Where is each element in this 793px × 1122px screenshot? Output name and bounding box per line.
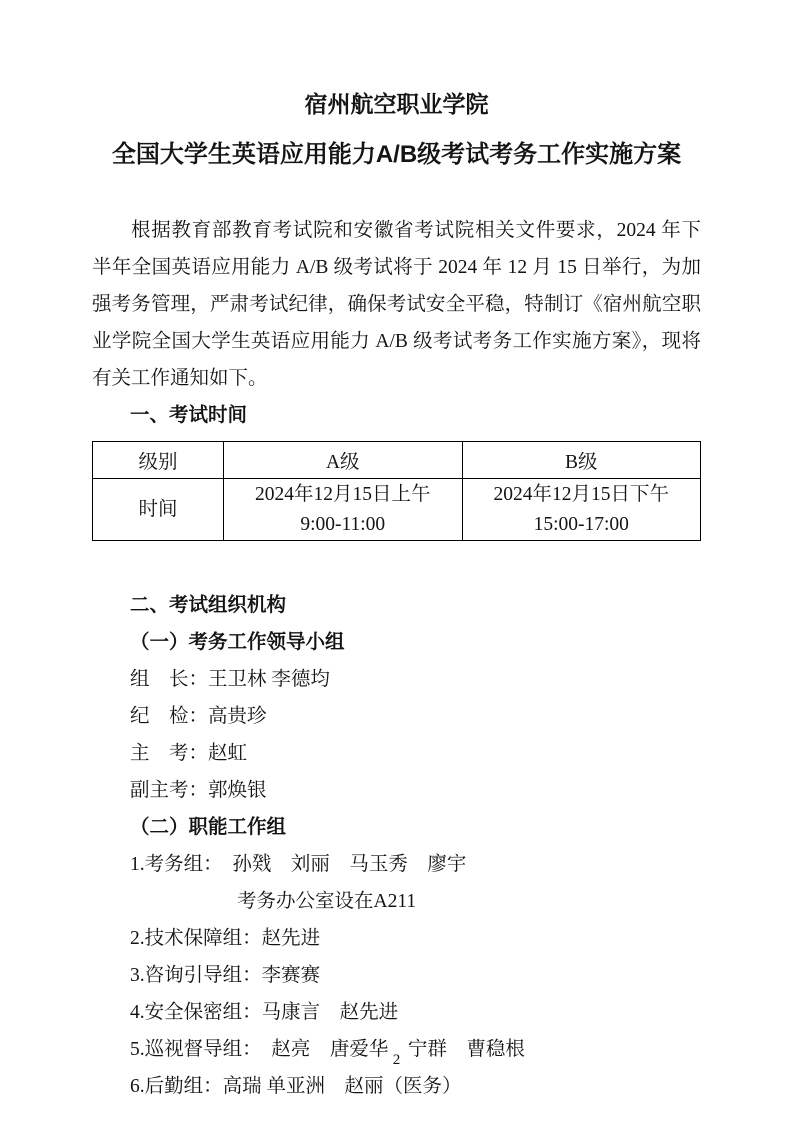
role-line-discipline: 纪 检：高贵珍	[92, 698, 701, 735]
organization-title: 宿州航空职业学院	[92, 88, 701, 120]
table-header-level: 级别	[93, 442, 224, 479]
functional-item-4: 4.安全保密组：马康言 赵先进	[92, 994, 701, 1031]
intro-paragraph: 根据教育部教育考试院和安徽省考试院相关文件要求，2024 年下半年全国英语应用能…	[92, 212, 701, 397]
document-page: 宿州航空职业学院 全国大学生英语应用能力A/B级考试考务工作实施方案 根据教育部…	[0, 0, 793, 1122]
functional-item-6: 6.后勤组：高瑞 单亚洲 赵丽（医务）	[92, 1068, 701, 1105]
table-cell-b-level-time: 2024年12月15日下午 15:00-17:00	[462, 479, 701, 541]
spacer	[92, 541, 701, 587]
document-content: 宿州航空职业学院 全国大学生英语应用能力A/B级考试考务工作实施方案 根据教育部…	[0, 0, 793, 1105]
functional-group-heading: （二）职能工作组	[92, 809, 701, 846]
leading-group-heading: （一）考务工作领导小组	[92, 624, 701, 661]
b-level-hours: 15:00-17:00	[463, 510, 701, 540]
functional-item-1-note: 考务办公室设在A211	[92, 883, 701, 920]
functional-item-3: 3.咨询引导组：李赛赛	[92, 957, 701, 994]
table-header-b-level: B级	[462, 442, 701, 479]
functional-item-1: 1.考务组： 孙戣 刘丽 马玉秀 廖宇	[92, 846, 701, 883]
section1-heading: 一、考试时间	[92, 397, 701, 434]
b-level-date: 2024年12月15日下午	[463, 480, 701, 510]
role-line-leader: 组 长：王卫林 李德均	[92, 661, 701, 698]
table-cell-a-level-time: 2024年12月15日上午 9:00-11:00	[224, 479, 463, 541]
section2-heading: 二、考试组织机构	[92, 587, 701, 624]
role-line-deputy-examiner: 副主考：郭焕银	[92, 772, 701, 809]
table-time-row: 时间 2024年12月15日上午 9:00-11:00 2024年12月15日下…	[93, 479, 701, 541]
functional-item-2: 2.技术保障组：赵先进	[92, 920, 701, 957]
page-number: 2	[0, 1052, 793, 1069]
exam-time-table: 级别 A级 B级 时间 2024年12月15日上午 9:00-11:00 202…	[92, 441, 701, 541]
a-level-hours: 9:00-11:00	[224, 510, 462, 540]
table-row-label-time: 时间	[93, 479, 224, 541]
role-line-chief-examiner: 主 考：赵虹	[92, 735, 701, 772]
table-header-row: 级别 A级 B级	[93, 442, 701, 479]
table-header-a-level: A级	[224, 442, 463, 479]
document-title: 全国大学生英语应用能力A/B级考试考务工作实施方案	[92, 138, 701, 172]
a-level-date: 2024年12月15日上午	[224, 480, 462, 510]
